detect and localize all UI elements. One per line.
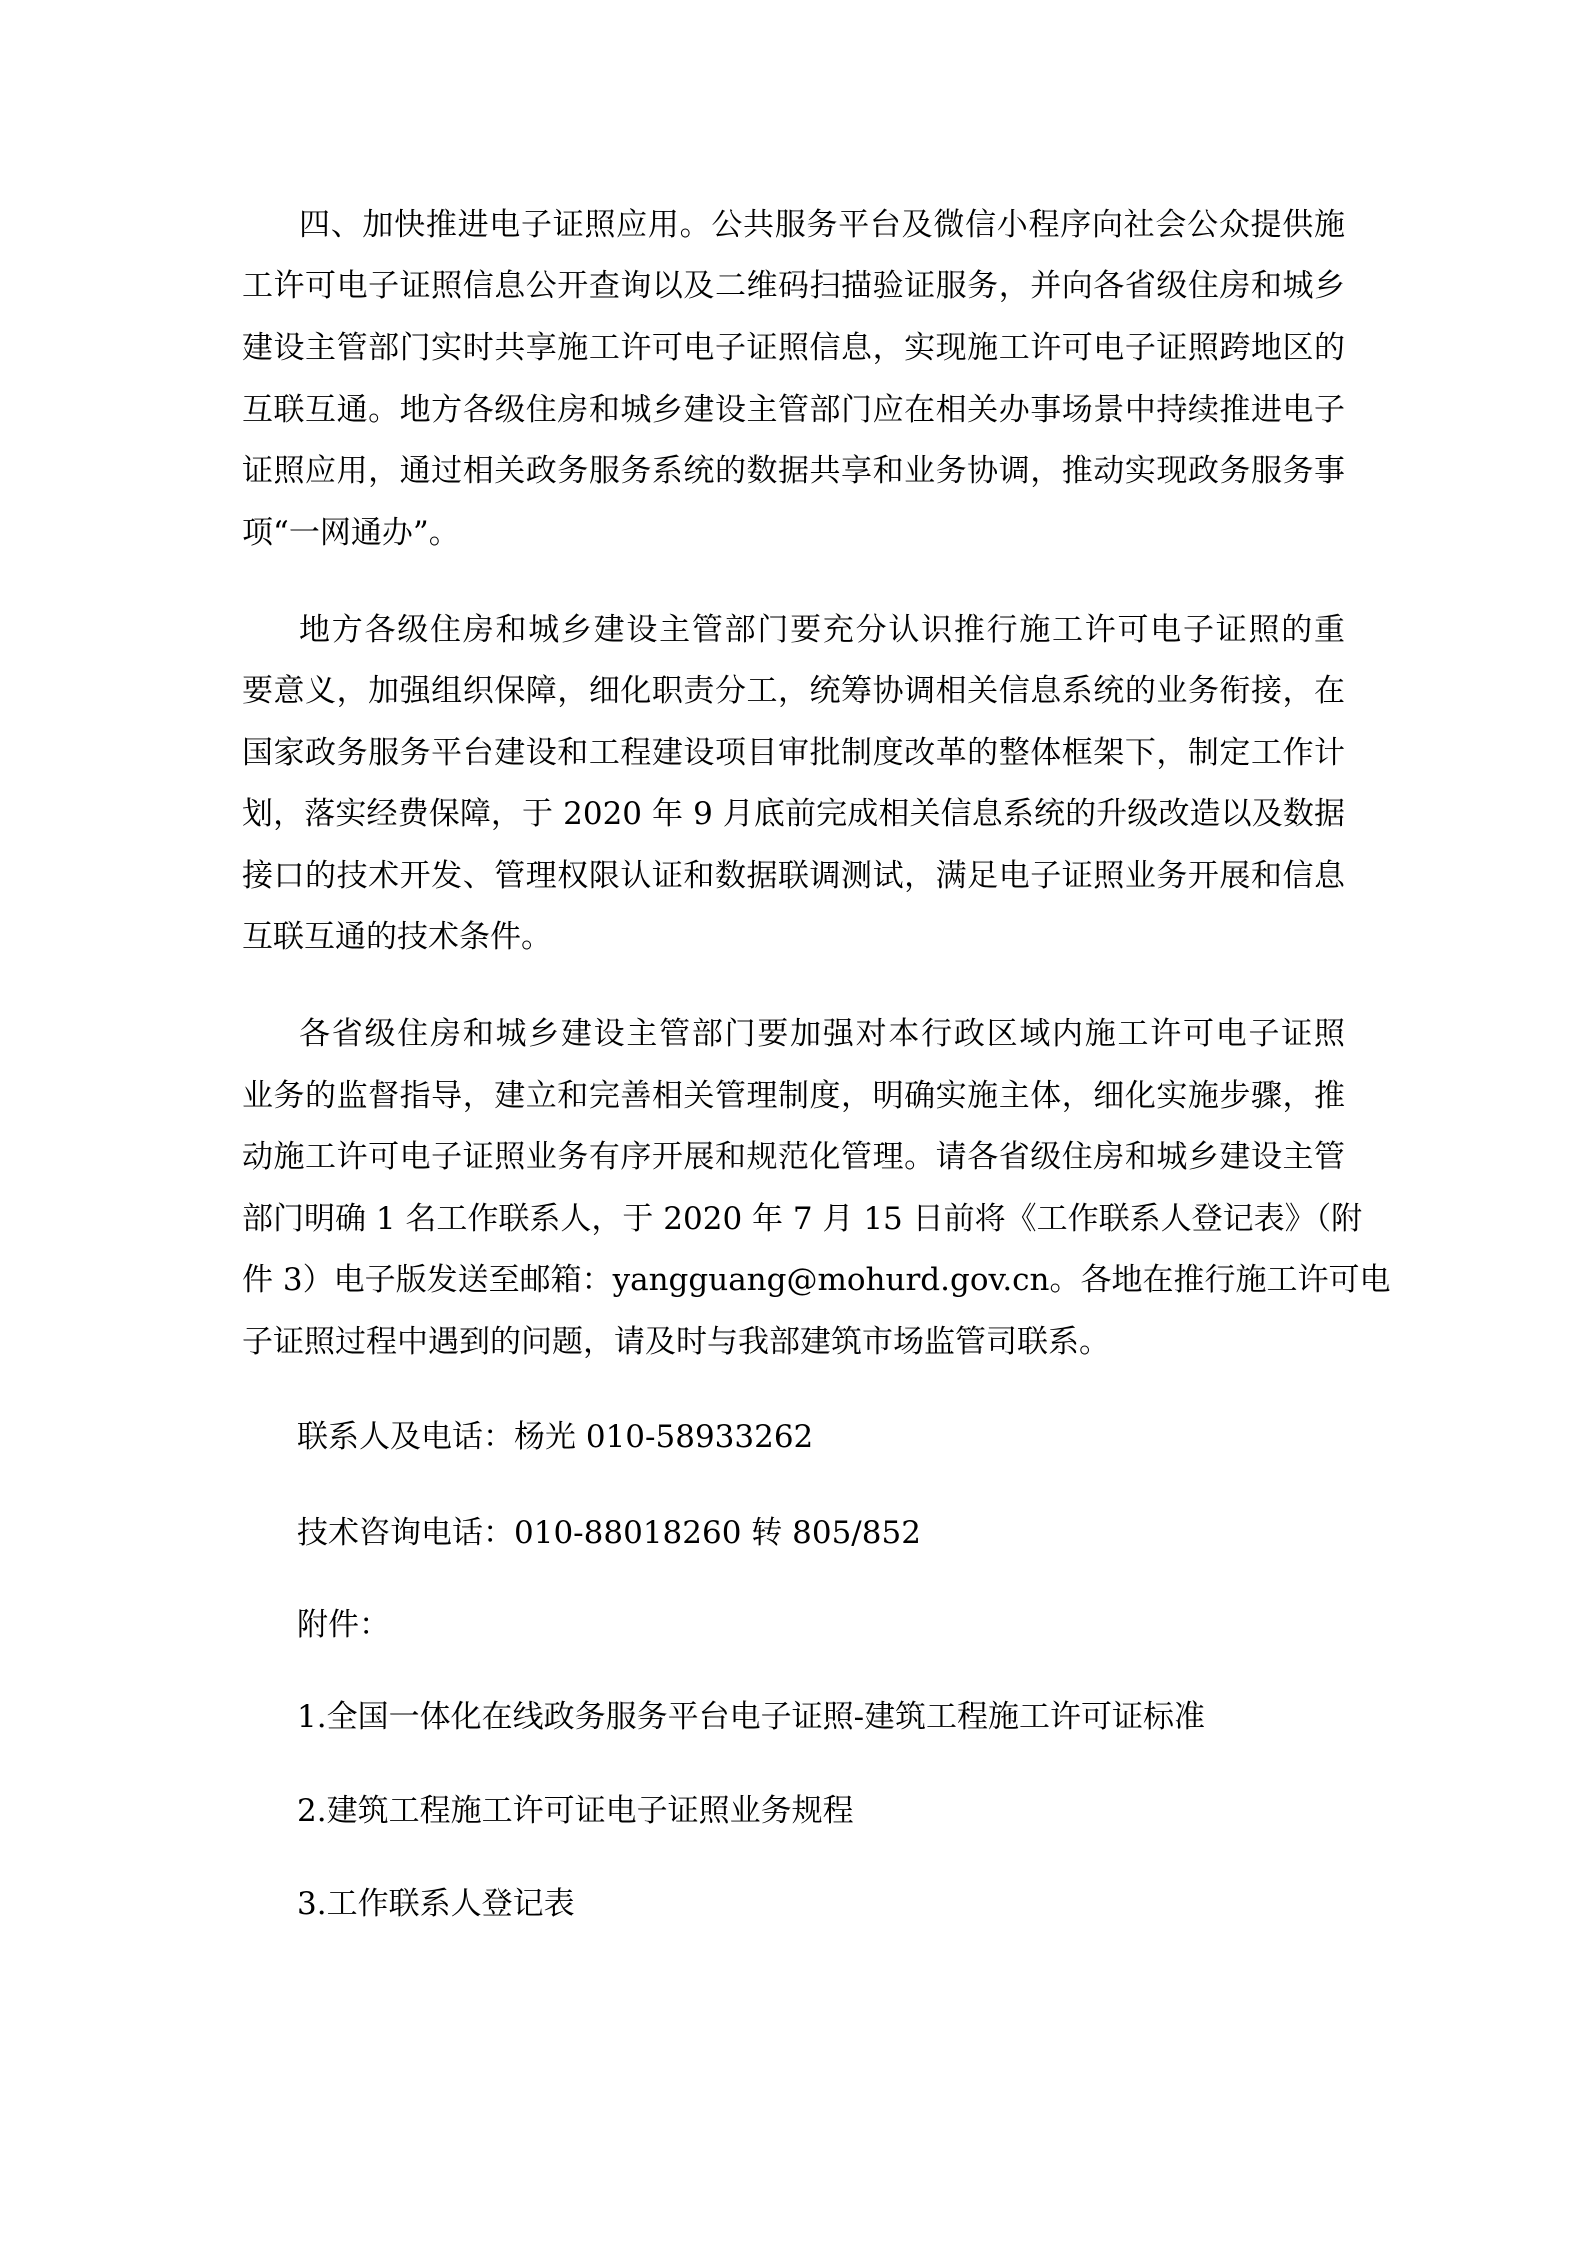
contact-person-phone: 联系人及电话：杨光 010-58933262 bbox=[297, 1417, 813, 1457]
paragraph-line: 件 3）电子版发送至邮箱：yangguang@mohurd.gov.cn。各地在… bbox=[242, 1260, 1345, 1300]
paragraph-line: 子证照过程中遇到的问题，请及时与我部建筑市场监管司联系。 bbox=[242, 1322, 1345, 1362]
paragraph-line: 项“一网通办”。 bbox=[242, 513, 1345, 553]
paragraph-line: 工许可电子证照信息公开查询以及二维码扫描验证服务，并向各省级住房和城乡 bbox=[242, 266, 1345, 306]
paragraph-line: 证照应用，通过相关政务服务系统的数据共享和业务协调，推动实现政务服务事 bbox=[242, 451, 1345, 491]
paragraph-line: 业务的监督指导，建立和完善相关管理制度，明确实施主体，细化实施步骤，推 bbox=[242, 1076, 1345, 1116]
document-page: 四、加快推进电子证照应用。公共服务平台及微信小程序向社会公众提供施 工许可电子证… bbox=[0, 0, 1587, 2245]
attachment-item-3: 3.工作联系人登记表 bbox=[297, 1884, 575, 1924]
paragraph-line: 四、加快推进电子证照应用。公共服务平台及微信小程序向社会公众提供施 bbox=[299, 205, 1345, 245]
attachment-item-2: 2.建筑工程施工许可证电子证照业务规程 bbox=[297, 1791, 854, 1831]
paragraph-line: 互联互通。地方各级住房和城乡建设主管部门应在相关办事场景中持续推进电子 bbox=[242, 390, 1345, 430]
paragraph-line: 国家政务服务平台建设和工程建设项目审批制度改革的整体框架下，制定工作计 bbox=[242, 733, 1345, 773]
paragraph-line: 接口的技术开发、管理权限认证和数据联调测试，满足电子证照业务开展和信息 bbox=[242, 856, 1345, 896]
paragraph-line: 部门明确 1 名工作联系人，于 2020 年 7 月 15 日前将《工作联系人登… bbox=[242, 1199, 1345, 1239]
paragraph-line: 各省级住房和城乡建设主管部门要加强对本行政区域内施工许可电子证照 bbox=[299, 1014, 1345, 1054]
paragraph-line: 要意义，加强组织保障，细化职责分工，统筹协调相关信息系统的业务衔接，在 bbox=[242, 671, 1345, 711]
paragraph-line: 地方各级住房和城乡建设主管部门要充分认识推行施工许可电子证照的重 bbox=[299, 610, 1345, 650]
attachments-label: 附件： bbox=[297, 1605, 390, 1645]
paragraph-line: 互联互通的技术条件。 bbox=[242, 917, 1345, 957]
paragraph-line: 动施工许可电子证照业务有序开展和规范化管理。请各省级住房和城乡建设主管 bbox=[242, 1137, 1345, 1177]
paragraph-line: 划，落实经费保障，于 2020 年 9 月底前完成相关信息系统的升级改造以及数据 bbox=[242, 794, 1345, 834]
tech-support-phone: 技术咨询电话：010-88018260 转 805/852 bbox=[297, 1513, 921, 1553]
attachment-item-1: 1.全国一体化在线政务服务平台电子证照-建筑工程施工许可证标准 bbox=[297, 1697, 1205, 1737]
paragraph-line: 建设主管部门实时共享施工许可电子证照信息，实现施工许可电子证照跨地区的 bbox=[242, 328, 1345, 368]
